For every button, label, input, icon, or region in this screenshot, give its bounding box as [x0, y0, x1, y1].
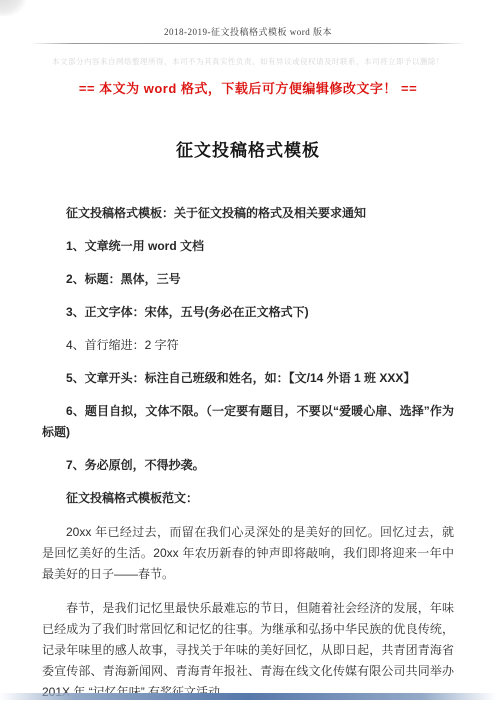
document-header-title: 2018-2019-征文投稿格式模板 word 版本: [0, 27, 496, 38]
download-notice: == 本文为 word 格式，下载后可方便编辑修改文字！ ==: [0, 81, 496, 97]
sample-section-heading: 征文投稿格式模板范文：: [42, 488, 454, 509]
list-item-7: 7、务必原创，不得抄袭。: [42, 455, 454, 476]
list-item-2: 2、标题：黑体，三号: [42, 269, 454, 290]
list-item-3: 3、正文字体：宋体，五号(务必在正文格式下): [42, 302, 454, 323]
header-divider: [30, 43, 466, 44]
footer-decoration-bar: [0, 693, 496, 700]
body-paragraph-1: 20xx 年已经过去，而留在我们心灵深处的是美好的回忆。回忆过去，就是回忆美好的…: [42, 522, 454, 585]
intro-heading: 征文投稿格式模板：关于征文投稿的格式及相关要求通知: [42, 203, 454, 224]
disclaimer-text: 本文部分内容来自网络整理所得，本司不为其真实性负责，如有异议或侵权请及时联系，本…: [0, 57, 496, 66]
list-item-5: 5、文章开头：标注自己班级和姓名，如：【文/14 外语 1 班 XXX】: [42, 368, 454, 389]
document-page: 2018-2019-征文投稿格式模板 word 版本 本文部分内容来自网络整理所…: [0, 0, 496, 702]
page-title: 征文投稿格式模板: [0, 141, 496, 161]
list-item-4: 4、首行缩进：2 字符: [42, 335, 454, 356]
page-corner-artifact: [0, 0, 26, 16]
body-paragraph-2: 春节，是我们记忆里最快乐最难忘的节日，但随着社会经济的发展，年味已经成为了我们时…: [42, 598, 454, 702]
document-body: 征文投稿格式模板：关于征文投稿的格式及相关要求通知 1、文章统一用 word 文…: [0, 203, 496, 702]
list-item-1: 1、文章统一用 word 文档: [42, 236, 454, 257]
list-item-6: 6、题目自拟，文体不限。（一定要有题目，不要以“爱暖心扉、选择”作为标题): [42, 401, 454, 443]
